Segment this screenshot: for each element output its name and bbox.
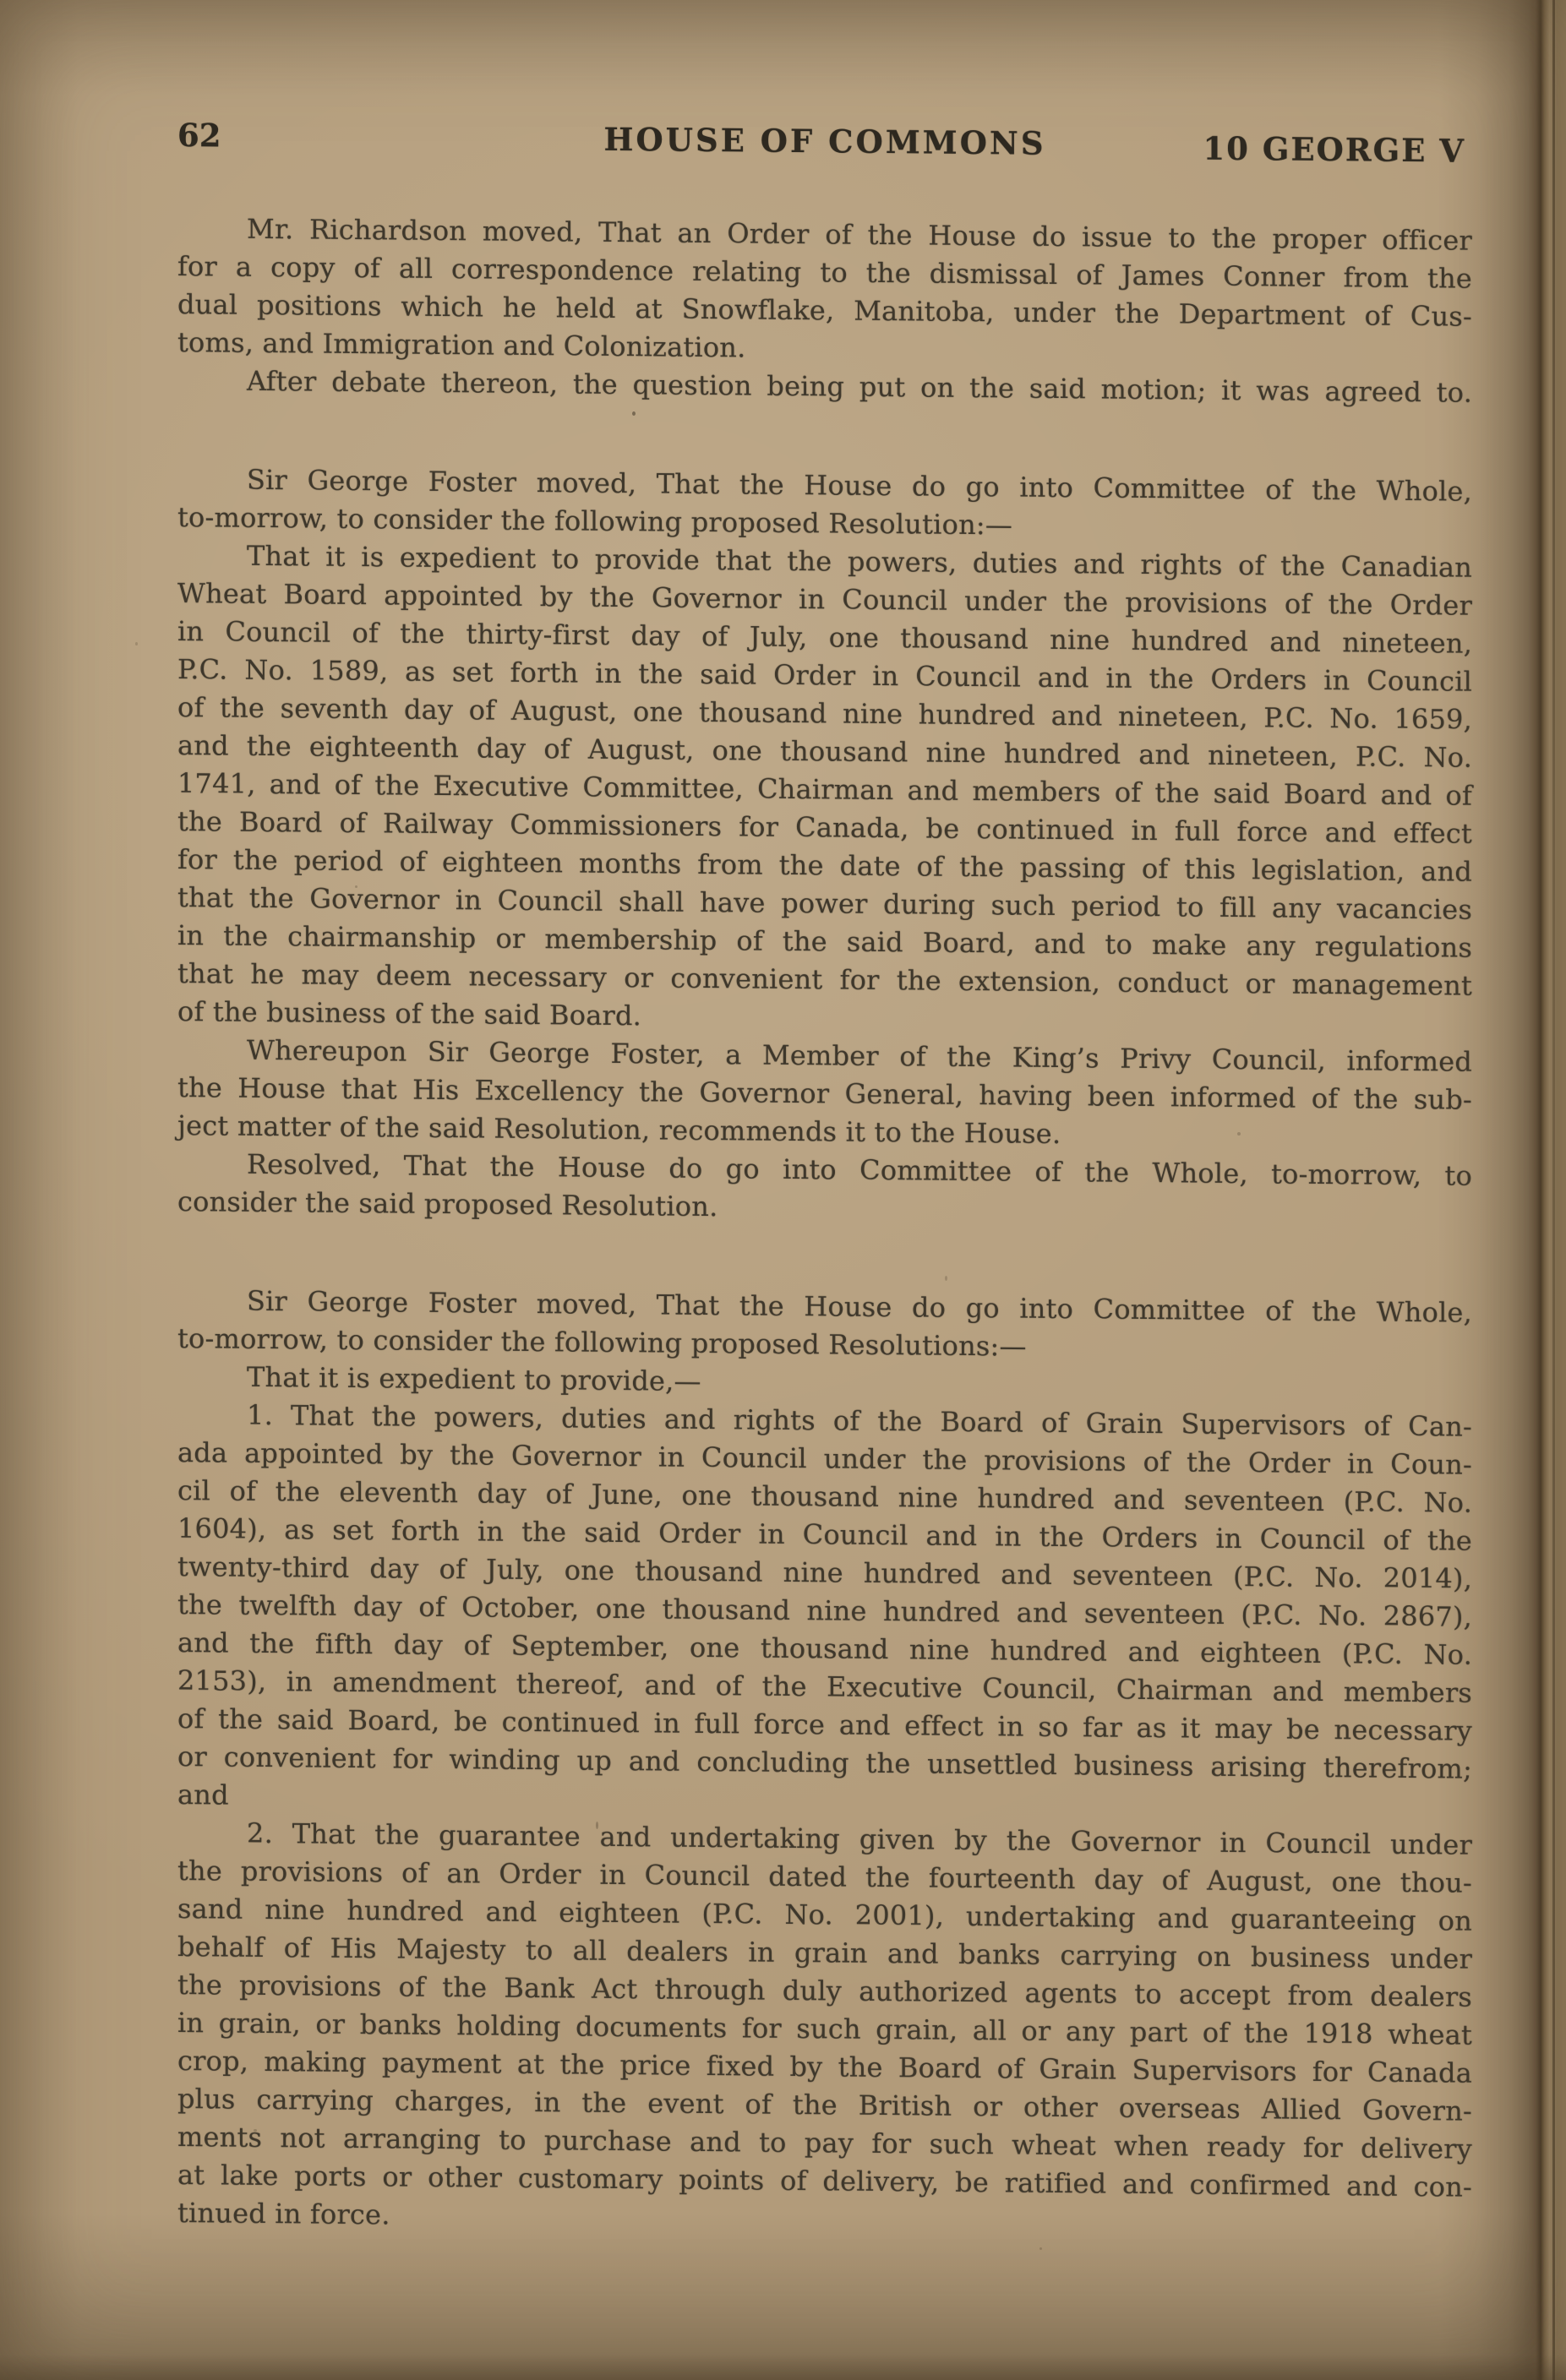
paragraph: 2. That the guarantee and undertaking gi… <box>177 1814 1472 2245</box>
paragraph: Sir George Foster moved, That the House … <box>177 1282 1472 1370</box>
body-text: Mr. Richardson moved, That an Order of t… <box>177 210 1472 2245</box>
paragraph: Resolved, That the House do go into Comm… <box>177 1145 1472 1234</box>
paragraph: Mr. Richardson moved, That an Order of t… <box>177 210 1472 374</box>
motion-section: Sir George Foster moved, That the House … <box>177 1282 1472 2245</box>
paragraph: 1. That the powers, duties and rights of… <box>177 1396 1472 1827</box>
paragraph: Whereupon Sir George Foster, a Member of… <box>177 1031 1472 1157</box>
page-content: 62 HOUSE OF COMMONS 10 GEORGE V Mr. Rich… <box>177 117 1472 2245</box>
running-title: HOUSE OF COMMONS <box>603 121 1045 162</box>
motion-section: Mr. Richardson moved, That an Order of t… <box>177 210 1472 412</box>
regnal-year-label: 10 GEORGE V <box>1203 130 1465 170</box>
paragraph: Sir George Foster moved, That the House … <box>177 460 1472 549</box>
motion-section: Sir George Foster moved, That the House … <box>177 460 1472 1234</box>
paragraph: That it is expedient to provide that the… <box>177 536 1472 1043</box>
page-number: 62 <box>177 117 221 154</box>
scanned-page: 62 HOUSE OF COMMONS 10 GEORGE V Mr. Rich… <box>0 0 1566 2380</box>
